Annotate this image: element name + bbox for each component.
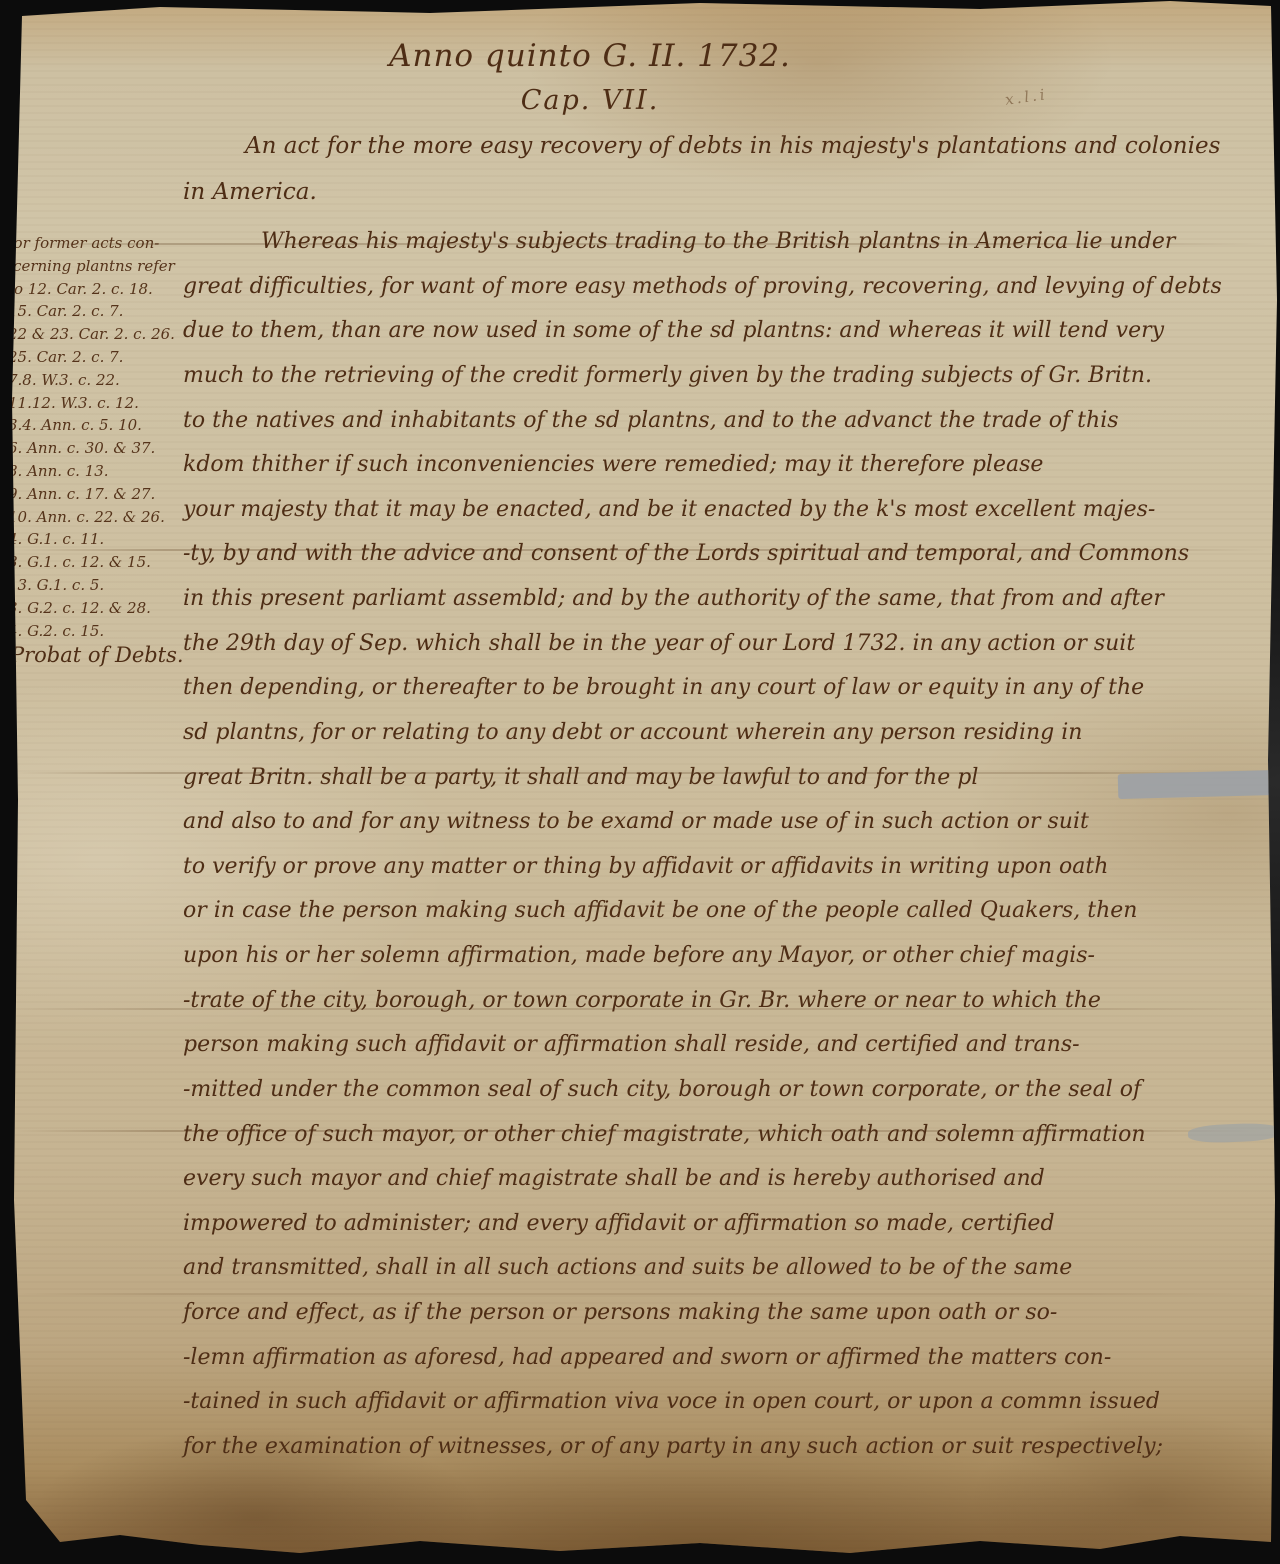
manuscript-line: -lemn affirmation as aforesd, had appear… (183, 1345, 1278, 1390)
margin-citation: 9. Ann. c. 17. & 27. (8, 485, 184, 508)
photograph-backdrop: { "document": { "heading": { "regnal_yea… (0, 0, 1280, 1564)
manuscript-line: -tained in such affidavit or affirmation… (183, 1389, 1278, 1434)
manuscript-line: -ty, by and with the advice and consent … (183, 541, 1278, 586)
margin-citation: 10. Ann. c. 22. & 26. (8, 508, 184, 531)
manuscript-line: sd plantns, for or relating to any debt … (183, 720, 1278, 765)
manuscript-page: Anno quinto G. II. 1732. Cap. VII. An ac… (0, 0, 1280, 1564)
manuscript-line: great Britn. shall be a party, it shall … (183, 765, 1278, 810)
manuscript-line: then depending, or thereafter to be brou… (183, 675, 1278, 720)
manuscript-line: -mitted under the common seal of such ci… (183, 1077, 1278, 1122)
tape-patch (1118, 770, 1277, 799)
manuscript-line: the office of such mayor, or other chief… (183, 1122, 1278, 1167)
manuscript-line: or in case the person making such affida… (183, 898, 1278, 943)
margin-citation: 4. G.2. c. 15. (8, 622, 184, 645)
manuscript-line: -trate of the city, borough, or town cor… (183, 988, 1278, 1033)
manuscript-line: impowered to administer; and every affid… (183, 1211, 1278, 1256)
manuscript-line: and also to and for any witness to be ex… (183, 809, 1278, 854)
margin-citation: 22 & 23. Car. 2. c. 26. (8, 325, 184, 348)
manuscript-line: and transmitted, shall in all such actio… (183, 1255, 1278, 1300)
margin-citation: 6. Ann. c. 30. & 37. (8, 439, 184, 462)
manuscript-body: Whereas his majesty's subjects trading t… (183, 229, 1278, 1479)
manuscript-line: Whereas his majesty's subjects trading t… (183, 229, 1278, 274)
manuscript-line: for the examination of witnesses, or of … (183, 1434, 1278, 1479)
heading-regnal-year: Anno quinto G. II. 1732. (0, 38, 1180, 74)
margin-citation: 11.12. W.3. c. 12. (8, 394, 184, 417)
manuscript-line: the 29th day of Sep. which shall be in t… (183, 631, 1278, 676)
manuscript-line: kdom thither if such inconveniencies wer… (183, 452, 1278, 497)
margin-citation: -cerning plantns refer (8, 257, 184, 280)
margin-citation: 15. Car. 2. c. 7. (8, 302, 184, 325)
manuscript-line: to the natives and inhabitants of the sd… (183, 408, 1278, 453)
manuscript-line: to verify or prove any matter or thing b… (183, 854, 1278, 899)
manuscript-line: your majesty that it may be enacted, and… (183, 497, 1278, 542)
manuscript-line: great difficulties, for want of more eas… (183, 274, 1278, 319)
margin-citations: for former acts con--cerning plantns ref… (8, 234, 184, 644)
manuscript-line: in this present parliamt assembld; and b… (183, 586, 1278, 631)
margin-citation: 25. Car. 2. c. 7. (8, 348, 184, 371)
manuscript-line: upon his or her solemn affirmation, made… (183, 943, 1278, 988)
act-title-line: An act for the more easy recovery of deb… (183, 133, 1275, 179)
margin-citation: 4. G.1. c. 11. (8, 530, 184, 553)
margin-citation: 7.8. W.3. c. 22. (8, 371, 184, 394)
heading-chapter: Cap. VII. (0, 85, 1180, 116)
margin-citation: to 12. Car. 2. c. 18. (8, 280, 184, 303)
margin-citation: 3.4. Ann. c. 5. 10. (8, 416, 184, 439)
manuscript-line: every such mayor and chief magistrate sh… (183, 1166, 1278, 1211)
margin-citation: 8. G.1. c. 12. & 15. (8, 553, 184, 576)
margin-section-label: Probat of Debts. (10, 643, 184, 667)
manuscript-line: much to the retrieving of the credit for… (183, 363, 1278, 408)
manuscript-line: force and effect, as if the person or pe… (183, 1300, 1278, 1345)
margin-citation: 8. Ann. c. 13. (8, 462, 184, 485)
manuscript-line: person making such affidavit or affirmat… (183, 1032, 1278, 1077)
act-title: An act for the more easy recovery of deb… (183, 133, 1275, 225)
manuscript-line: due to them, than are now used in some o… (183, 318, 1278, 363)
margin-citation: 3. G.2. c. 12. & 28. (8, 599, 184, 622)
act-title-line: in America. (183, 179, 1275, 225)
margin-citation: for former acts con- (8, 234, 184, 257)
margin-citation: 13. G.1. c. 5. (8, 576, 184, 599)
